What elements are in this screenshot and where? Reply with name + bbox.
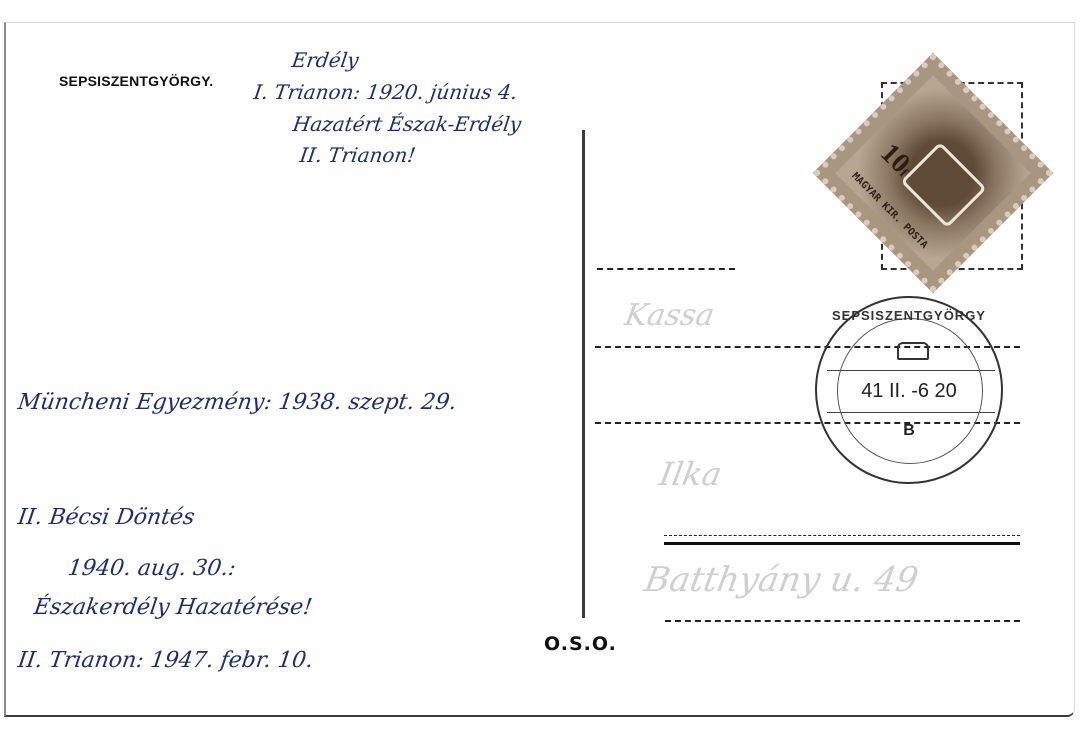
- note-trianon-2: II. Trianon!: [298, 143, 417, 167]
- faint-address-2: Ilka: [657, 455, 725, 493]
- address-line-1: [597, 268, 735, 270]
- note-vienna-date: 1940. aug. 30.:: [66, 556, 237, 581]
- crown-icon: [897, 342, 929, 360]
- address-line-5: [665, 620, 1020, 622]
- note-trianon-1: I. Trianon: 1920. június 4.: [252, 80, 519, 104]
- note-hazatert: Hazatért Észak-Erdély: [291, 112, 522, 136]
- postmark-city: SEPSISZENTGYÖRGY: [817, 308, 1001, 323]
- note-paris-treaty: II. Trianon: 1947. febr. 10.: [16, 648, 315, 673]
- note-munich: Müncheni Egyezmény: 1938. szept. 29.: [16, 390, 458, 415]
- publisher-logo: O.S.O.: [544, 633, 617, 655]
- faint-address-3: Batthyány u. 49: [641, 560, 921, 600]
- postmark-band-bottom: [827, 412, 995, 413]
- faint-address-1: Kassa: [622, 298, 717, 333]
- note-vienna-award: II. Bécsi Döntés: [16, 505, 196, 530]
- postmark-letter: B: [817, 422, 1001, 440]
- center-divider: [582, 130, 585, 618]
- note-erdely: Erdély: [290, 48, 360, 72]
- postmark: SEPSISZENTGYÖRGY 41 II. -6 20 B: [815, 296, 1003, 484]
- postmark-date: 41 II. -6 20: [817, 380, 1001, 403]
- postmark-band-top: [827, 370, 995, 371]
- address-line-4-solid: [664, 542, 1020, 545]
- printed-title: SEPSISZENTGYÖRGY.: [59, 73, 213, 89]
- note-return: Északerdély Hazatérése!: [32, 595, 314, 620]
- address-line-4: [664, 535, 1020, 536]
